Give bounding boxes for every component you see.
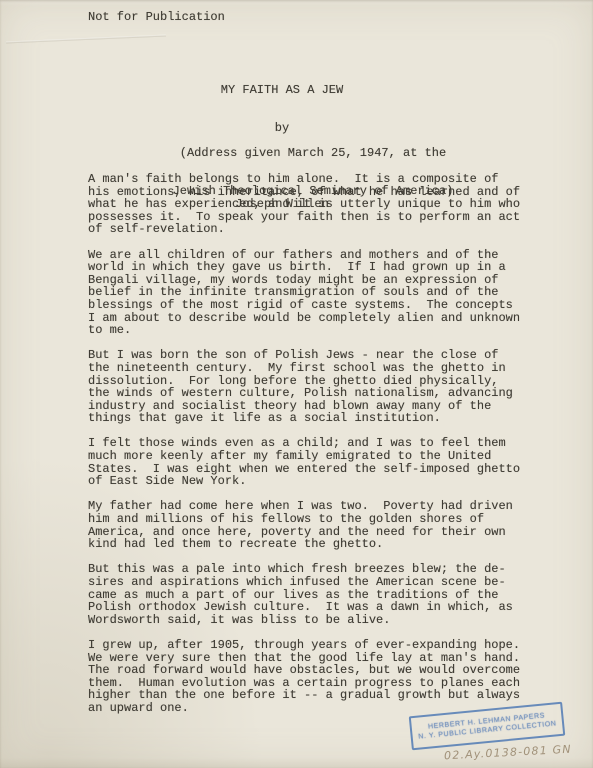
paragraph-3: But I was born the son of Polish Jews - … [88,349,548,425]
paragraph-2: We are all children of our fathers and m… [88,249,548,337]
paragraph-6: But this was a pale into which fresh bre… [88,563,548,626]
paper-crease [6,35,166,44]
typewritten-document-page: Not for Publication MY FAITH AS A JEW by… [0,0,593,768]
paragraph-1: A man's faith belongs to him alone. It i… [88,173,548,236]
document-title: MY FAITH AS A JEW [64,84,500,97]
document-body: A man's faith belongs to him alone. It i… [88,173,548,715]
address-note-line1: (Address given March 25, 1947, at the [95,147,531,160]
paragraph-5: My father had come here when I was two. … [88,500,548,550]
paragraph-4: I felt those winds even as a child; and … [88,437,548,487]
pencil-catalog-annotation: 02.Ay.0138-081 GN [444,743,572,763]
paragraph-7: I grew up, after 1905, through years of … [88,639,548,715]
restriction-note: Not for Publication [88,11,225,24]
